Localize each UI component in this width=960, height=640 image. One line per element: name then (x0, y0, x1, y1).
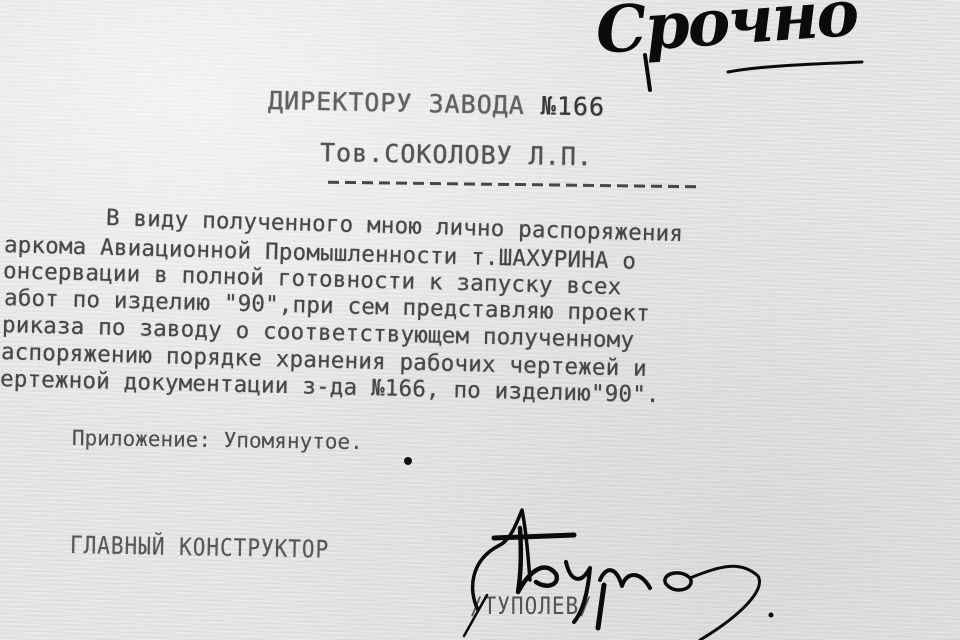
plant-number: №166 (541, 91, 606, 121)
addressee-name: Тов.СОКОЛОВУ Л.П. (320, 138, 593, 171)
addressee-director-label: ДИРЕКТОРУ ЗАВОДА (268, 86, 541, 120)
signatory-title: ГЛАВНЫЙ КОНСТРУКТОР (70, 531, 330, 563)
signatory-name: /ТУПОЛЕВ/ (470, 592, 593, 620)
appendix-note: Приложение: Упомянутое. (72, 426, 363, 454)
